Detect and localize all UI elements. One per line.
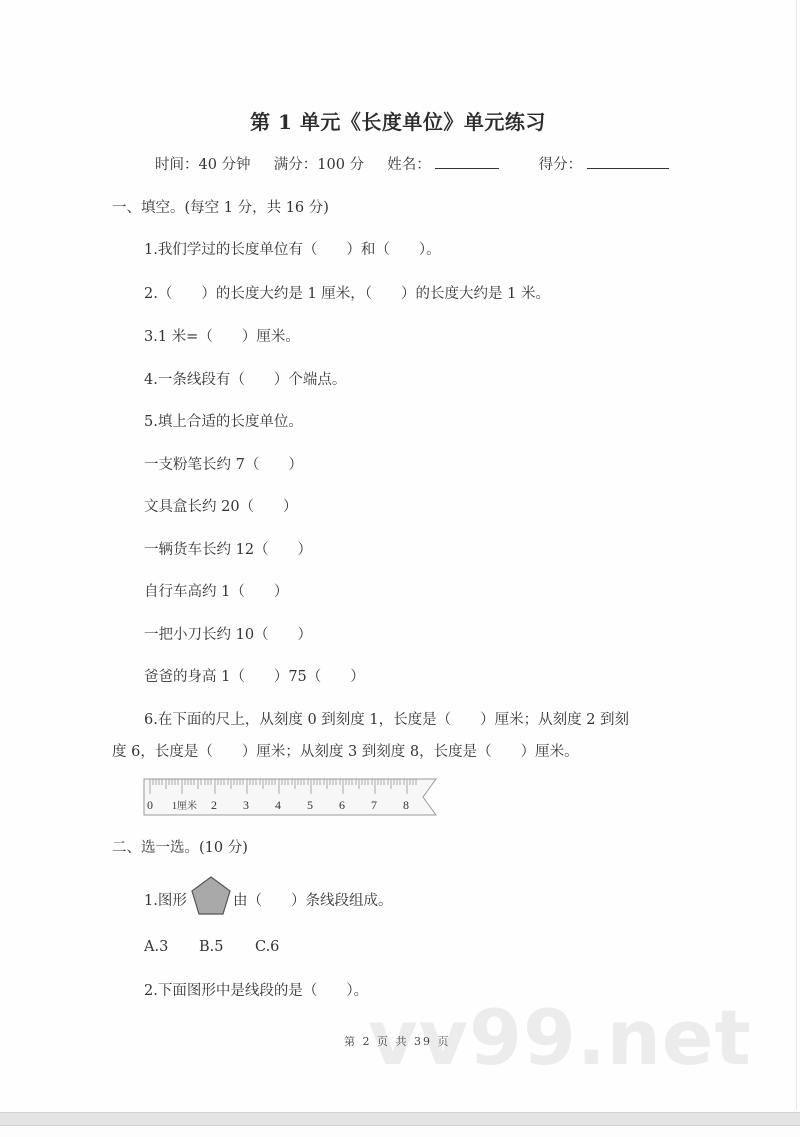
question-1-1: 1.我们学过的长度单位有（ ）和（ ）。 xyxy=(144,238,441,259)
name-blank[interactable] xyxy=(435,154,499,169)
score-label: 得分： xyxy=(539,153,583,174)
ruler-label: 0 xyxy=(147,798,153,812)
ruler-label: 1厘米 xyxy=(172,799,197,812)
full-score-label: 满分：100 分 xyxy=(274,153,364,174)
question-1-6-line2: 度 6，长度是（ ）厘米；从刻度 3 到刻度 8，长度是（ ）厘米。 xyxy=(112,740,579,761)
pentagon-icon xyxy=(190,875,232,917)
question-1-5: 5.填上合适的长度单位。 xyxy=(144,410,303,431)
ruler-label: 7 xyxy=(371,798,377,812)
page-footer: 第 2 页 共 39 页 xyxy=(344,1033,450,1049)
horizontal-scrollbar[interactable] xyxy=(0,1112,800,1126)
option-b[interactable]: B.5 xyxy=(199,939,224,955)
ruler-figure: 0 1厘米 2 3 4 5 6 7 8 xyxy=(143,778,438,816)
q5-item: 文具盒长约 20（ ） xyxy=(144,495,298,516)
ruler-label: 6 xyxy=(339,798,345,812)
q5-item: 爸爸的身高 1（ ）75（ ） xyxy=(144,665,365,686)
question-2-1-prefix: 1.图形 xyxy=(144,889,187,910)
exam-meta: 时间：40 分钟 满分：100 分 姓名： 得分： xyxy=(155,153,669,174)
section1-heading: 一、填空。(每空 1 分，共 16 分) xyxy=(112,196,329,217)
question-1-2: 2.（ ）的长度大约是 1 厘米，（ ）的长度大约是 1 米。 xyxy=(144,282,550,303)
ruler-label: 5 xyxy=(307,798,313,812)
ruler-label: 3 xyxy=(243,798,249,812)
score-blank[interactable] xyxy=(587,154,669,169)
ruler-label: 4 xyxy=(275,798,281,812)
question-1-6-line1: 6.在下面的尺上，从刻度 0 到刻度 1，长度是（ ）厘米；从刻度 2 到刻 xyxy=(144,708,629,729)
q5-item: 自行车高约 1（ ） xyxy=(144,580,288,601)
question-1-3: 3.1 米=（ ）厘米。 xyxy=(144,325,300,346)
ruler-label: 8 xyxy=(403,798,409,812)
page-title: 第 1 单元《长度单位》单元练习 xyxy=(0,106,796,135)
q5-item: 一支粉笔长约 7（ ） xyxy=(144,453,303,474)
option-a[interactable]: A.3 xyxy=(144,939,168,955)
question-2-2: 2.下面图形中是线段的是（ ）。 xyxy=(144,979,368,1000)
time-label: 时间：40 分钟 xyxy=(155,153,251,174)
question-2-1-suffix: 由（ ）条线段组成。 xyxy=(233,889,393,910)
document-page: vv99.net 第 1 单元《长度单位》单元练习 时间：40 分钟 满分：10… xyxy=(0,0,797,1110)
section2-heading: 二、选一选。(10 分) xyxy=(112,836,248,857)
q5-item: 一把小刀长约 10（ ） xyxy=(144,623,312,644)
option-c[interactable]: C.6 xyxy=(255,939,279,955)
ruler-label: 2 xyxy=(211,798,217,812)
q5-item: 一辆货车长约 12（ ） xyxy=(144,538,312,559)
question-1-4: 4.一条线段有（ ）个端点。 xyxy=(144,368,346,389)
name-label: 姓名： xyxy=(387,153,431,174)
